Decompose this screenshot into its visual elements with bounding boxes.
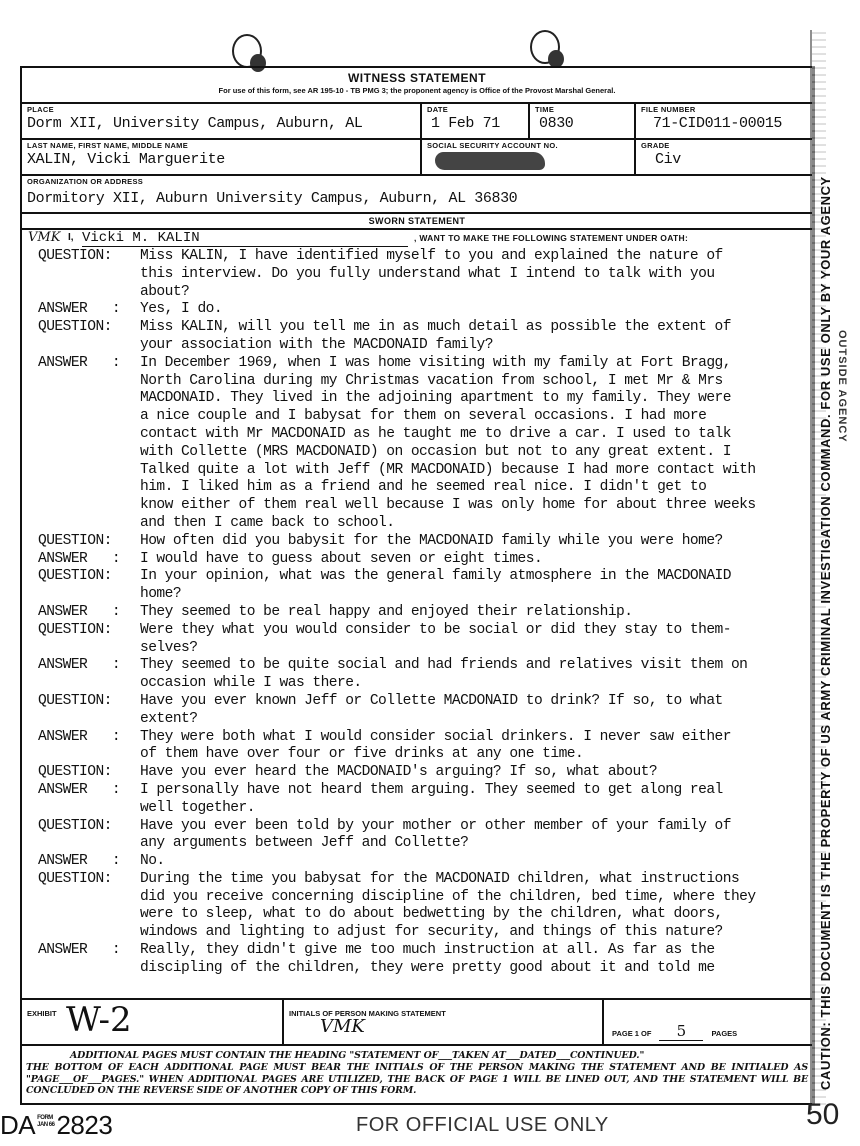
exhibit-field: EXHIBIT W-2 (22, 1000, 284, 1044)
question-item: QUESTION:How often did you babysit for t… (38, 533, 812, 551)
qa-text: They seemed to be quite social and had f… (140, 657, 812, 693)
qa-kind-label: QUESTION: (38, 568, 140, 604)
initials-value: VMK (320, 1016, 365, 1037)
form-prefix: DA (0, 1110, 35, 1140)
instructions-rest: THE BOTTOM OF EACH ADDITIONAL PAGE MUST … (26, 1062, 808, 1097)
question-item: QUESTION:Have you ever heard the MACDONA… (38, 764, 812, 782)
row-organization: ORGANIZATION OR ADDRESS Dormitory XII, A… (22, 176, 812, 214)
ssn-field: SOCIAL SECURITY ACCOUNT NO. (422, 140, 636, 174)
qa-kind-label: ANSWER : (38, 729, 140, 765)
qa-text: Yes, I do. (140, 301, 812, 319)
qa-kind-label: QUESTION: (38, 693, 140, 729)
qa-text: They were both what I would consider soc… (140, 729, 812, 765)
form-title: WITNESS STATEMENT (22, 68, 812, 85)
question-item: QUESTION:Have you ever been told by your… (38, 818, 812, 854)
qa-kind-label: ANSWER : (38, 657, 140, 693)
answer-item: ANSWER :No. (38, 853, 812, 871)
answer-item: ANSWER :They seemed to be quite social a… (38, 657, 812, 693)
form-subtitle: For use of this form, see AR 195-10 - TB… (22, 86, 812, 95)
oath-text: , WANT TO MAKE THE FOLLOWING STATEMENT U… (414, 233, 688, 243)
qa-kind-label: ANSWER : (38, 355, 140, 533)
answer-item: ANSWER :In December 1969, when I was hom… (38, 355, 812, 533)
qa-text: During the time you babysat for the MACD… (140, 871, 812, 942)
qa-kind-label: ANSWER : (38, 301, 140, 319)
question-answer-list: QUESTION:Miss KALIN, I have identified m… (22, 248, 812, 998)
exhibit-label: EXHIBIT (27, 1009, 57, 1018)
qa-text: How often did you babysit for the MACDON… (140, 533, 812, 551)
qa-kind-label: QUESTION: (38, 248, 140, 301)
form-date-small: FORM JAN 66 (37, 1115, 54, 1129)
official-use-marking: FOR OFFICIAL USE ONLY (356, 1114, 609, 1137)
qa-kind-label: QUESTION: (38, 818, 140, 854)
file-number-label: FILE NUMBER (641, 105, 807, 115)
answer-item: ANSWER :Really, they didn't give me too … (38, 942, 812, 978)
qa-text: Have you ever heard the MACDONAID's argu… (140, 764, 812, 782)
name-value: XALIN, Vicki Marguerite (27, 151, 415, 168)
caution-vertical-text: CAUTION: THIS DOCUMENT IS THE PROPERTY O… (818, 176, 833, 1090)
sworn-statement-heading: SWORN STATEMENT (22, 214, 812, 230)
organization-field: ORGANIZATION OR ADDRESS Dormitory XII, A… (22, 176, 812, 212)
oath-i-label: I, (68, 232, 74, 243)
qa-text: I would have to guess about seven or eig… (140, 551, 812, 569)
qa-kind-label: QUESTION: (38, 871, 140, 942)
oath-initials: VMK (28, 230, 60, 245)
qa-text: Miss KALIN, I have identified myself to … (140, 248, 812, 301)
qa-kind-label: ANSWER : (38, 942, 140, 978)
question-item: QUESTION:During the time you babysat for… (38, 871, 812, 942)
question-item: QUESTION:In your opinion, what was the g… (38, 568, 812, 604)
date-label: DATE (427, 105, 523, 115)
answer-item: ANSWER :They seemed to be real happy and… (38, 604, 812, 622)
qa-text: They seemed to be real happy and enjoyed… (140, 604, 812, 622)
date-field: DATE 1 Feb 71 (422, 104, 530, 138)
exhibit-value: W-2 (66, 1000, 132, 1040)
witness-statement-form: WITNESS STATEMENT For use of this form, … (20, 66, 815, 1105)
organization-label: ORGANIZATION OR ADDRESS (27, 177, 807, 187)
punch-hole-right (530, 30, 560, 64)
row-place-date: PLACE Dorm XII, University Campus, Aubur… (22, 104, 812, 140)
grade-value: Civ (641, 151, 807, 168)
qa-text: Have you ever known Jeff or Collette MAC… (140, 693, 812, 729)
page-count: PAGE 1 OF5PAGES (612, 1022, 737, 1041)
name-label: LAST NAME, FIRST NAME, MIDDLE NAME (27, 141, 415, 151)
qa-text: Really, they didn't give me too much ins… (140, 942, 812, 978)
answer-item: ANSWER :Yes, I do. (38, 301, 812, 319)
qa-kind-label: ANSWER : (38, 853, 140, 871)
qa-text: In your opinion, what was the general fa… (140, 568, 812, 604)
name-field: LAST NAME, FIRST NAME, MIDDLE NAME XALIN… (22, 140, 422, 174)
answer-item: ANSWER :I would have to guess about seve… (38, 551, 812, 569)
question-item: QUESTION:Miss KALIN, I have identified m… (38, 248, 812, 301)
qa-kind-label: QUESTION: (38, 764, 140, 782)
qa-kind-label: QUESTION: (38, 622, 140, 658)
initials-field: INITIALS OF PERSON MAKING STATEMENT VMK (284, 1000, 604, 1044)
organization-value: Dormitory XII, Auburn University Campus,… (27, 187, 807, 207)
oath-line: VMK I, Vicki M. KALIN , WANT TO MAKE THE… (22, 230, 812, 248)
ssn-label: SOCIAL SECURITY ACCOUNT NO. (427, 141, 629, 151)
place-field: PLACE Dorm XII, University Campus, Aubur… (22, 104, 422, 138)
page-prefix: PAGE 1 OF (612, 1029, 651, 1038)
initials-label: INITIALS OF PERSON MAKING STATEMENT (289, 1009, 446, 1018)
page-stamp: 50 (806, 1098, 839, 1132)
qa-kind-label: ANSWER : (38, 551, 140, 569)
qa-kind-label: ANSWER : (38, 604, 140, 622)
question-item: QUESTION:Miss KALIN, will you tell me in… (38, 319, 812, 355)
time-label: TIME (535, 105, 629, 115)
grade-label: GRADE (641, 141, 807, 151)
answer-item: ANSWER :They were both what I would cons… (38, 729, 812, 765)
date-value: 1 Feb 71 (427, 115, 523, 132)
exhibit-row: EXHIBIT W-2 INITIALS OF PERSON MAKING ST… (22, 998, 812, 1046)
row-name-ssn: LAST NAME, FIRST NAME, MIDDLE NAME XALIN… (22, 140, 812, 176)
qa-text: Were they what you would consider to be … (140, 622, 812, 658)
question-item: QUESTION:Were they what you would consid… (38, 622, 812, 658)
qa-kind-label: QUESTION: (38, 319, 140, 355)
page-suffix: PAGES (711, 1029, 737, 1038)
page-total: 5 (659, 1022, 703, 1041)
form-number: 2823 (56, 1110, 112, 1140)
qa-text: No. (140, 853, 812, 871)
instructions-line-1: ADDITIONAL PAGES MUST CONTAIN THE HEADIN… (26, 1050, 808, 1062)
qa-text: I personally have not heard them arguing… (140, 782, 812, 818)
qa-kind-label: ANSWER : (38, 782, 140, 818)
punch-hole-left (232, 34, 262, 68)
outer-margin-text: OUTSIDE AGENCY (836, 330, 848, 443)
place-value: Dorm XII, University Campus, Auburn, AL (27, 115, 415, 132)
form-footer: DAFORM JAN 662823 FOR OFFICIAL USE ONLY (0, 1110, 810, 1144)
file-number-field: FILE NUMBER 71-CID011-00015 (636, 104, 812, 138)
qa-text: Miss KALIN, will you tell me in as much … (140, 319, 812, 355)
time-field: TIME 0830 (530, 104, 636, 138)
file-number-value: 71-CID011-00015 (641, 115, 807, 132)
oath-name: Vicki M. KALIN (82, 230, 408, 247)
time-value: 0830 (535, 115, 629, 132)
ssn-redaction (435, 152, 545, 170)
grade-field: GRADE Civ (636, 140, 812, 174)
qa-text: Have you ever been told by your mother o… (140, 818, 812, 854)
question-item: QUESTION:Have you ever known Jeff or Col… (38, 693, 812, 729)
form-header: WITNESS STATEMENT For use of this form, … (22, 68, 812, 104)
place-label: PLACE (27, 105, 415, 115)
form-identifier: DAFORM JAN 662823 (0, 1110, 112, 1141)
qa-text: In December 1969, when I was home visiti… (140, 355, 812, 533)
answer-item: ANSWER :I personally have not heard them… (38, 782, 812, 818)
qa-kind-label: QUESTION: (38, 533, 140, 551)
page-count-field: PAGE 1 OF5PAGES (604, 1000, 812, 1044)
continuation-instructions: ADDITIONAL PAGES MUST CONTAIN THE HEADIN… (22, 1046, 812, 1103)
